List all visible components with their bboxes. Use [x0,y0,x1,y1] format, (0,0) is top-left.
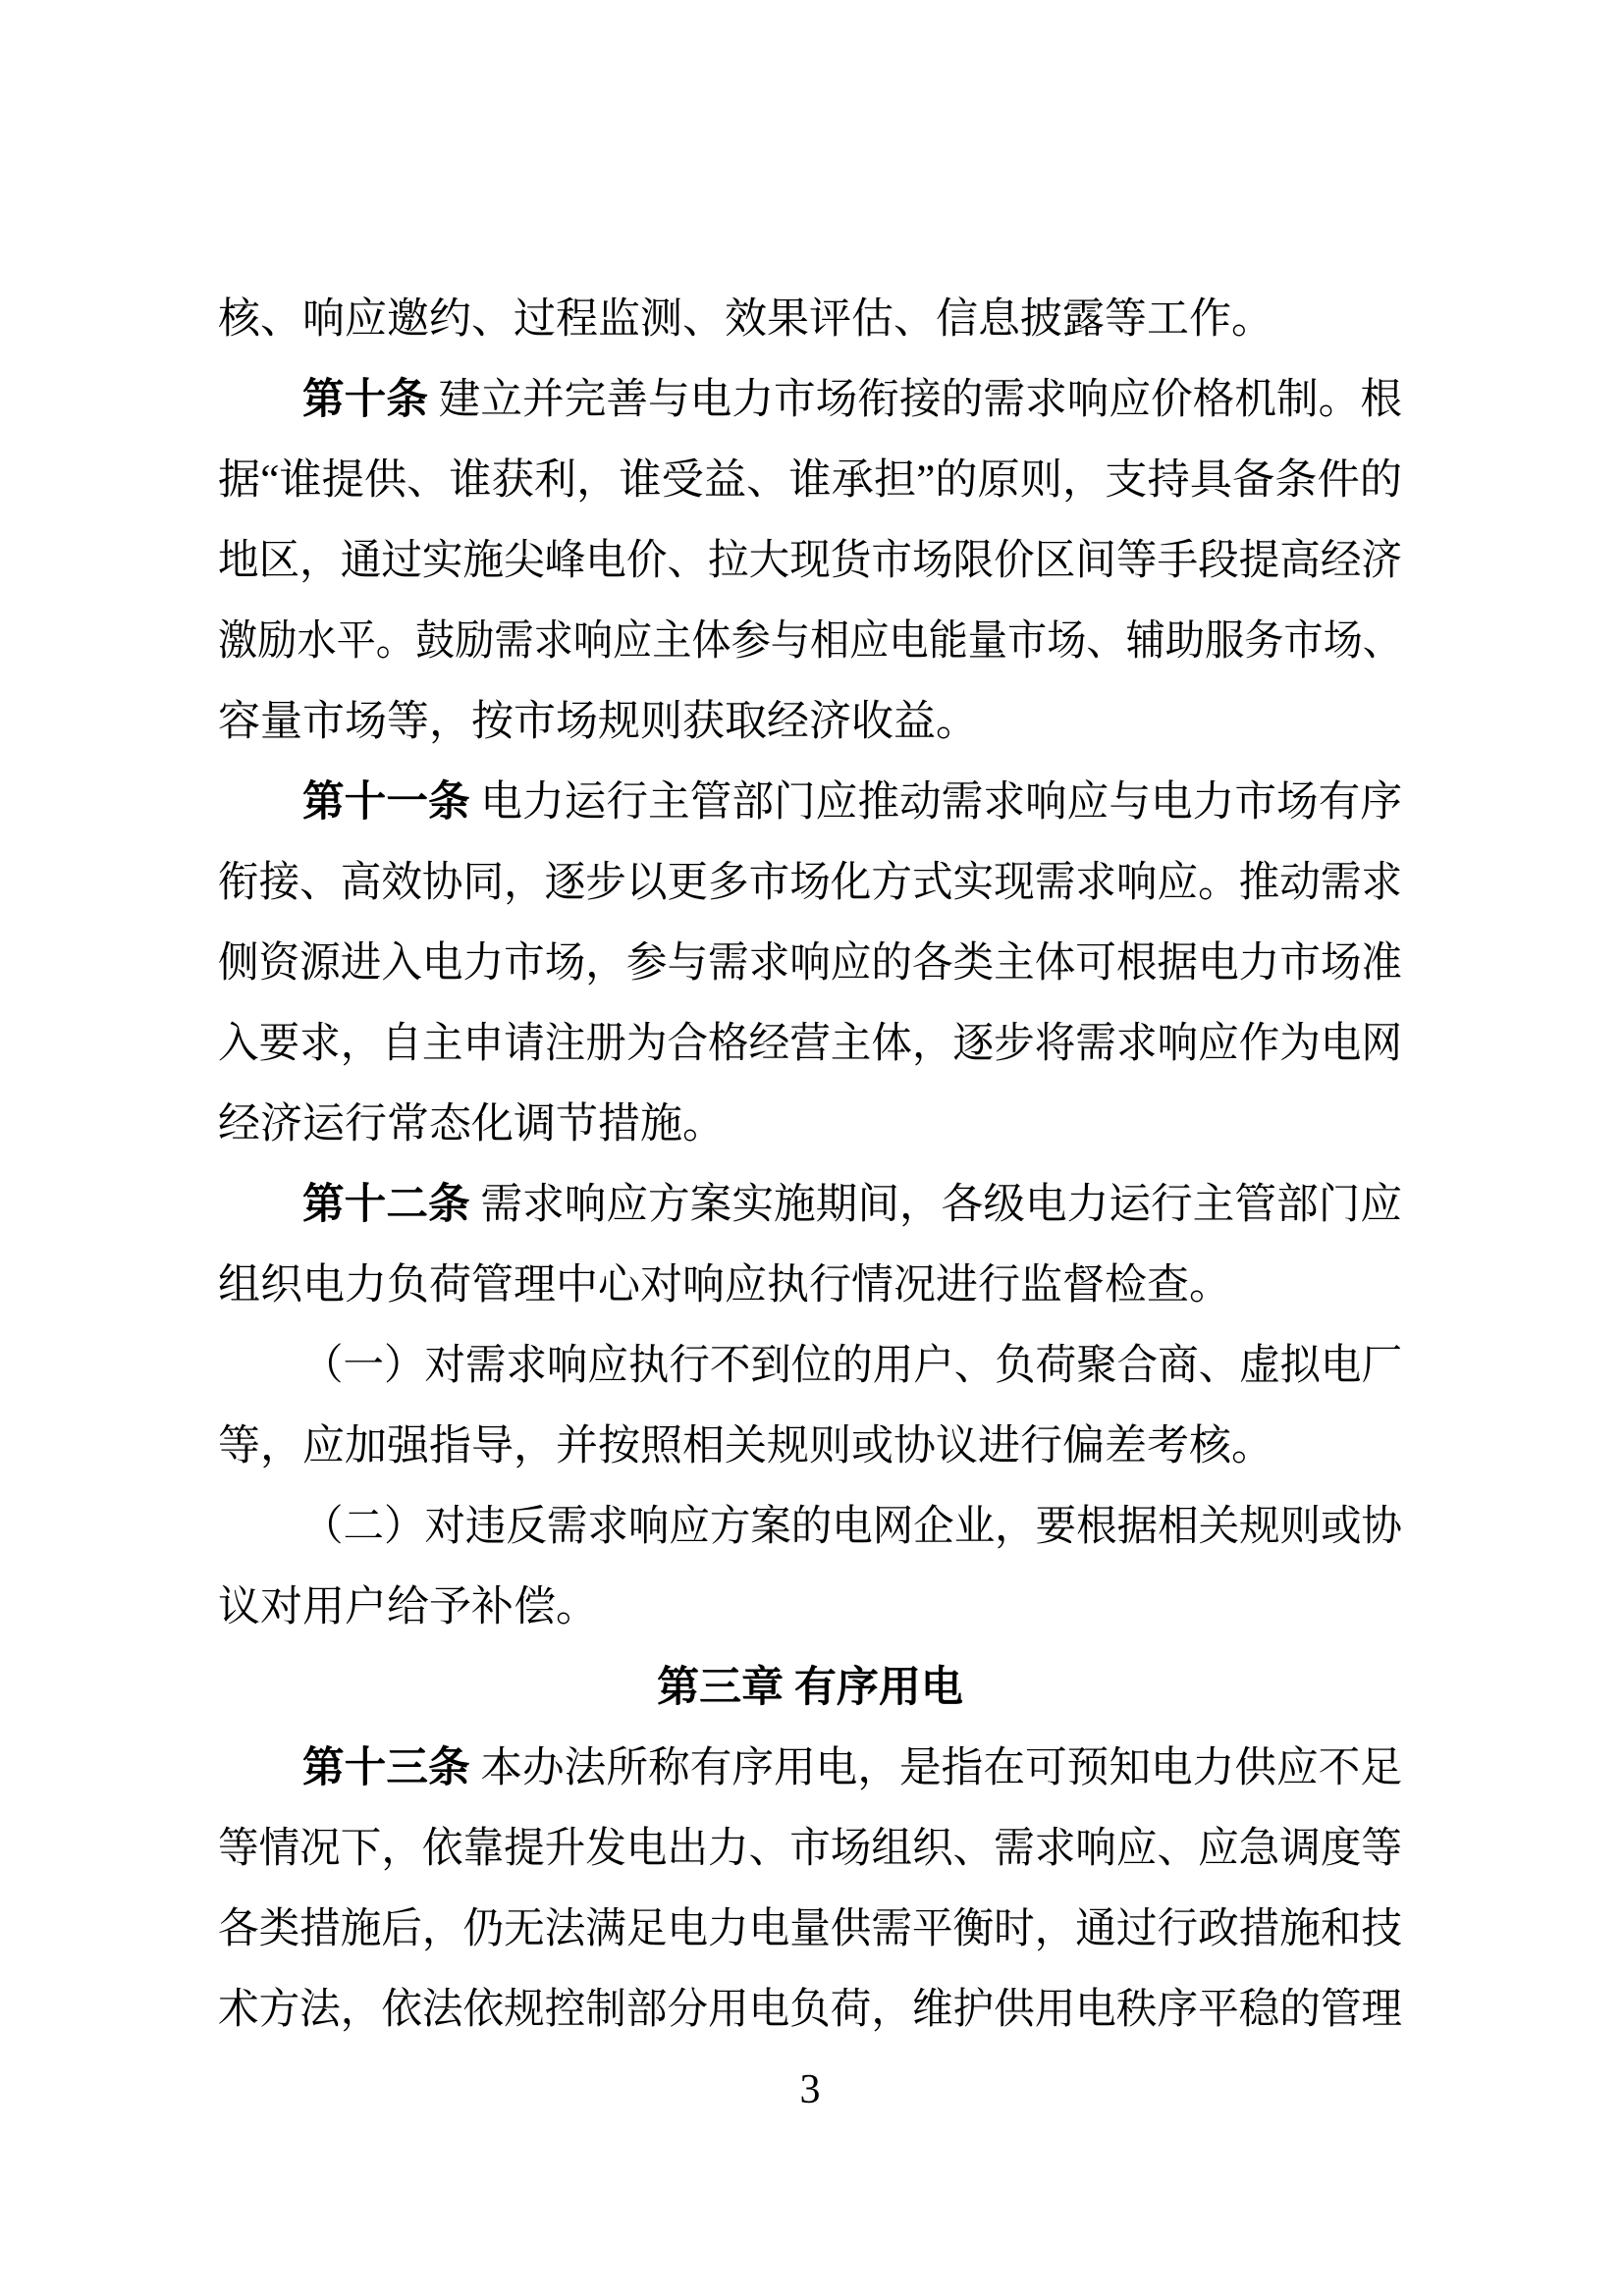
text-segment: 激励水平。鼓励需求响应主体参与相应电能量市场、辅助服务市场、 [218,618,1402,665]
text-line-content: 第十三条 本办法所称有序用电，是指在可预知电力供应不足 [302,1729,1402,1809]
text-line: 各类措施后，仍无法满足电力电量供需平衡时，通过行政措施和技 [218,1890,1402,1970]
text-segment: 容量市场等，按市场规则获取经济收益。 [218,699,978,745]
text-line-content: 第十二条 需求响应方案实施期间，各级电力运行主管部门应 [302,1165,1402,1246]
bold-text-segment: 第十三条 [302,1745,470,1791]
text-segment: 地区，通过实施尖峰电价、拉大现货市场限价区间等手段提高经济 [218,538,1402,584]
page-number: 3 [218,2059,1402,2120]
bold-text-segment: 第十条 [302,377,428,423]
text-line: 第十三条 本办法所称有序用电，是指在可预知电力供应不足 [218,1729,1402,1809]
text-segment: 衔接、高效协同，逐步以更多市场化方式实现需求响应。推动需求 [218,860,1402,906]
text-line: 第三章 有序用电 [218,1648,1402,1729]
text-line: 经济运行常态化调节措施。 [218,1085,1402,1165]
text-line: 地区，通过实施尖峰电价、拉大现货市场限价区间等手段提高经济 [218,521,1402,602]
text-line-content: 衔接、高效协同，逐步以更多市场化方式实现需求响应。推动需求 [218,843,1402,924]
text-line-content: 容量市场等，按市场规则获取经济收益。 [218,682,978,763]
text-line-content: 术方法，依法依规控制部分用电负荷，维护供用电秩序平稳的管理 [218,1970,1402,2051]
text-segment: （二）对违反需求响应方案的电网企业，要根据相关规则或协 [302,1504,1402,1550]
text-line-content: 第三章 有序用电 [657,1648,963,1729]
text-segment: 核、响应邀约、过程监测、效果评估、信息披露等工作。 [218,296,1273,343]
text-segment: 电力运行主管部门应推动需求响应与电力市场有序 [470,779,1402,826]
text-line-content: 侧资源进入电力市场，参与需求响应的各类主体可根据电力市场准 [218,924,1402,1004]
text-line-content: 各类措施后，仍无法满足电力电量供需平衡时，通过行政措施和技 [218,1890,1402,1970]
text-line-content: 组织电力负荷管理中心对响应执行情况进行监督检查。 [218,1246,1231,1326]
text-segment: 经济运行常态化调节措施。 [218,1101,725,1148]
text-line-content: 入要求，自主申请注册为合格经营主体，逐步将需求响应作为电网 [218,1004,1402,1085]
text-line-content: 第十条 建立并完善与电力市场衔接的需求响应价格机制。根 [302,360,1402,441]
text-segment: 需求响应方案实施期间，各级电力运行主管部门应 [470,1182,1402,1228]
text-segment: 术方法，依法依规控制部分用电负荷，维护供用电秩序平稳的管理 [218,1987,1402,2033]
text-line-content: 等情况下，依靠提升发电出力、市场组织、需求响应、应急调度等 [218,1809,1402,1890]
text-line-content: 激励水平。鼓励需求响应主体参与相应电能量市场、辅助服务市场、 [218,602,1402,682]
text-line: 等情况下，依靠提升发电出力、市场组织、需求响应、应急调度等 [218,1809,1402,1890]
text-line: 第十条 建立并完善与电力市场衔接的需求响应价格机制。根 [218,360,1402,441]
text-segment: 等情况下，依靠提升发电出力、市场组织、需求响应、应急调度等 [218,1826,1402,1872]
text-segment: 建立并完善与电力市场衔接的需求响应价格机制。根 [428,377,1402,423]
text-segment: 据“谁提供、谁获利，谁受益、谁承担”的原则，支持具备条件的 [218,457,1402,504]
text-line: 衔接、高效协同，逐步以更多市场化方式实现需求响应。推动需求 [218,843,1402,924]
text-line: 核、响应邀约、过程监测、效果评估、信息披露等工作。 [218,280,1402,360]
document-body: 核、响应邀约、过程监测、效果评估、信息披露等工作。第十条 建立并完善与电力市场衔… [218,280,1402,2051]
bold-text-segment: 第十一条 [302,779,470,826]
text-line: 侧资源进入电力市场，参与需求响应的各类主体可根据电力市场准 [218,924,1402,1004]
text-line: 据“谁提供、谁获利，谁受益、谁承担”的原则，支持具备条件的 [218,441,1402,521]
text-line-content: 经济运行常态化调节措施。 [218,1085,725,1165]
document-page: 核、响应邀约、过程监测、效果评估、信息披露等工作。第十条 建立并完善与电力市场衔… [0,0,1624,2296]
text-segment: 本办法所称有序用电，是指在可预知电力供应不足 [470,1745,1402,1791]
text-line-content: 地区，通过实施尖峰电价、拉大现货市场限价区间等手段提高经济 [218,521,1402,602]
text-line: 议对用户给予补偿。 [218,1568,1402,1648]
text-segment: 侧资源进入电力市场，参与需求响应的各类主体可根据电力市场准 [218,940,1402,987]
text-line: 激励水平。鼓励需求响应主体参与相应电能量市场、辅助服务市场、 [218,602,1402,682]
text-segment: （一）对需求响应执行不到位的用户、负荷聚合商、虚拟电厂 [302,1343,1402,1389]
text-segment: 等，应加强指导，并按照相关规则或协议进行偏差考核。 [218,1423,1273,1469]
text-line: 入要求，自主申请注册为合格经营主体，逐步将需求响应作为电网 [218,1004,1402,1085]
text-line-content: 等，应加强指导，并按照相关规则或协议进行偏差考核。 [218,1407,1273,1487]
text-line: （一）对需求响应执行不到位的用户、负荷聚合商、虚拟电厂 [218,1326,1402,1407]
text-line: 组织电力负荷管理中心对响应执行情况进行监督检查。 [218,1246,1402,1326]
text-line: 等，应加强指导，并按照相关规则或协议进行偏差考核。 [218,1407,1402,1487]
text-line-content: 议对用户给予补偿。 [218,1568,598,1648]
text-line: 容量市场等，按市场规则获取经济收益。 [218,682,1402,763]
text-line: 第十一条 电力运行主管部门应推动需求响应与电力市场有序 [218,763,1402,843]
text-segment: 议对用户给予补偿。 [218,1584,598,1630]
text-line: 第十二条 需求响应方案实施期间，各级电力运行主管部门应 [218,1165,1402,1246]
text-line: 术方法，依法依规控制部分用电负荷，维护供用电秩序平稳的管理 [218,1970,1402,2051]
bold-text-segment: 第十二条 [302,1182,470,1228]
text-segment: 入要求，自主申请注册为合格经营主体，逐步将需求响应作为电网 [218,1021,1402,1067]
text-segment: 各类措施后，仍无法满足电力电量供需平衡时，通过行政措施和技 [218,1906,1402,1952]
text-line-content: （二）对违反需求响应方案的电网企业，要根据相关规则或协 [302,1487,1402,1568]
bold-text-segment: 第三章 有序用电 [657,1665,963,1711]
text-line: （二）对违反需求响应方案的电网企业，要根据相关规则或协 [218,1487,1402,1568]
text-segment: 组织电力负荷管理中心对响应执行情况进行监督检查。 [218,1262,1231,1308]
text-line-content: 第十一条 电力运行主管部门应推动需求响应与电力市场有序 [302,763,1402,843]
text-line-content: 核、响应邀约、过程监测、效果评估、信息披露等工作。 [218,280,1273,360]
text-line-content: 据“谁提供、谁获利，谁受益、谁承担”的原则，支持具备条件的 [218,441,1402,521]
text-line-content: （一）对需求响应执行不到位的用户、负荷聚合商、虚拟电厂 [302,1326,1402,1407]
